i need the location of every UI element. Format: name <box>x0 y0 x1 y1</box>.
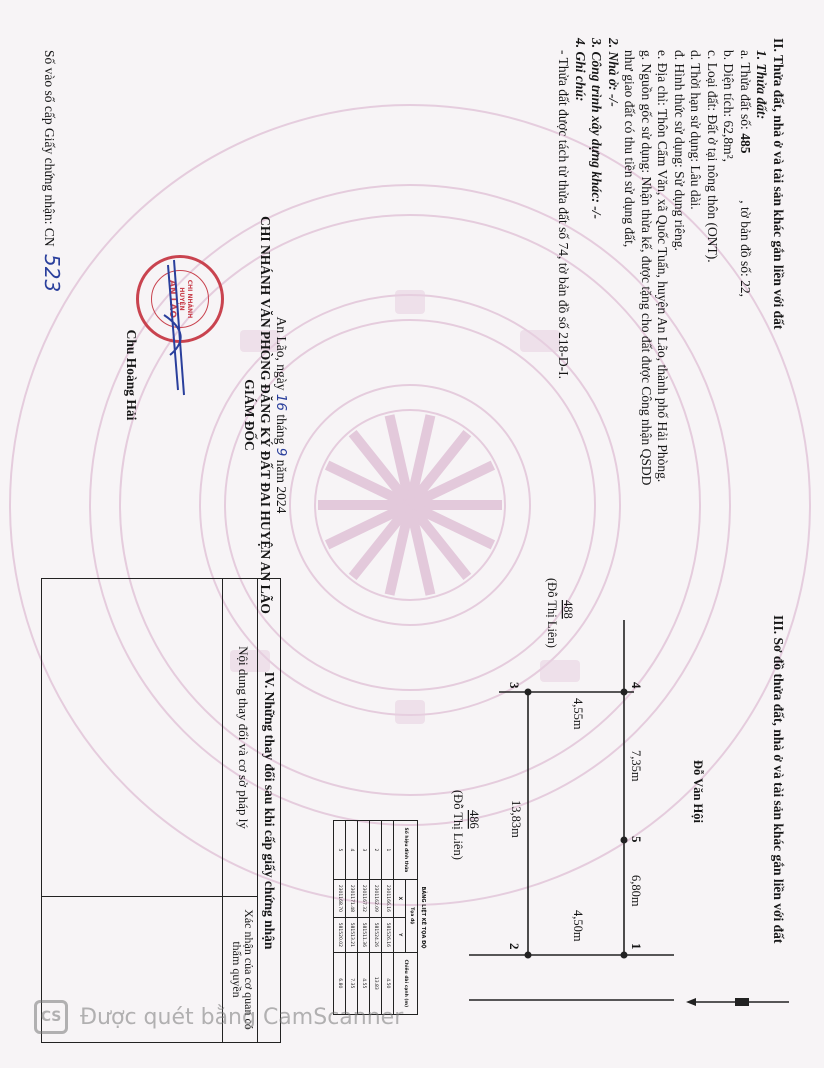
svg-text:(Đỗ Thị Liên): (Đỗ Thị Liên) <box>545 578 559 648</box>
svg-text:Ngõ xóm (bê tông) Rlb: 2,80m -: Ngõ xóm (bê tông) Rlb: 2,80m - 3,20m <box>556 1039 753 1040</box>
section4-title: IV. Những thay đổi sau khi cấp giấy chứn… <box>257 579 280 1042</box>
svg-text:7,35m: 7,35m <box>629 750 643 782</box>
address: e. Địa chỉ: Thôn Cẩm Văn, xã Quốc Tuấn, … <box>654 38 671 485</box>
parcel-subtitle: 1. Thửa đất: <box>753 38 770 485</box>
coordinate-table: BẢNG LIỆT KÊ TỌA ĐỘ Số hiệu đỉnh thửa Tọ… <box>333 820 426 1015</box>
notes: - Thửa đất được tách từ thửa đất số 74, … <box>555 38 572 485</box>
camscanner-logo-icon: CS <box>34 1000 68 1034</box>
area: b. Diện tích: 62,8m², <box>720 38 737 485</box>
certificate-page: II. Thửa đất, nhà ở và tài sản khác gắn … <box>0 0 824 1068</box>
svg-text:4: 4 <box>629 682 644 689</box>
origin-continued: như giao đất có thu tiền sử dụng đất, <box>621 38 638 485</box>
svg-text:2: 2 <box>507 943 522 950</box>
origin: g. Nguồn gốc sử dụng: Nhận thừa kế, được… <box>638 38 655 485</box>
svg-text:6,80m: 6,80m <box>629 875 643 907</box>
date-day: 16 <box>273 394 289 411</box>
registry-number-value: 523 <box>40 254 64 292</box>
map-sheet: , tờ bản đồ số: 22, <box>738 200 753 297</box>
coordinate-row: 52301168.70581520.026.80 <box>334 821 346 1015</box>
coordinate-row: 22301162.09581524.2613.83 <box>370 821 382 1015</box>
svg-text:4,50m: 4,50m <box>571 910 585 942</box>
land-type: c. Loại đất: Đất ở tại nông thôn (ONT). <box>704 38 721 485</box>
registry-number: Số vào sổ cấp Giấy chứng nhận: CN 523 <box>40 50 64 292</box>
date-line: An Lão, ngày 16 tháng 9 năm 2024 <box>273 215 289 615</box>
svg-text:5: 5 <box>629 836 644 843</box>
svg-text:(Đỗ Thị Liên): (Đỗ Thị Liên) <box>451 790 465 860</box>
coordinate-row: 42301171.48581513.217.35 <box>346 821 358 1015</box>
signature-scribble <box>154 255 214 405</box>
changes-column-header: Nội dung thay đổi và cơ sở pháp lý <box>223 579 257 897</box>
coordinate-table-caption: BẢNG LIỆT KÊ TỌA ĐỘ <box>420 820 426 1015</box>
coordinate-row: 12301166.16581526.164.50 <box>382 821 394 1015</box>
changes-table: IV. Những thay đổi sau khi cấp giấy chứn… <box>41 578 281 1043</box>
signer-role: GIÁM ĐỐC <box>241 215 257 615</box>
svg-text:488: 488 <box>561 600 575 619</box>
north-arrow-icon <box>684 995 794 1009</box>
use-term: d. Thời hạn sử dụng: Lâu dài. <box>687 38 704 485</box>
parcel-number-label: a. Thửa đất số: <box>738 50 753 130</box>
parcel-number: 485 <box>738 133 753 153</box>
svg-text:13,83m: 13,83m <box>509 800 523 838</box>
section3-title: III. Sơ đồ thửa đất, nhà ở và tài sản kh… <box>770 615 786 943</box>
issuing-office: CHI NHÁNH VĂN PHÒNG ĐĂNG KÝ ĐẤT ĐAI HUYỆ… <box>257 215 273 615</box>
use-form: đ. Hình thức sử dụng: Sử dụng riêng. <box>671 38 688 485</box>
scanner-watermark: CS Được quét bằng CamScanner <box>34 1000 403 1034</box>
changes-cell <box>42 579 222 897</box>
svg-text:3: 3 <box>507 682 522 689</box>
section-land-info: II. Thửa đất, nhà ở và tài sản khác gắn … <box>555 38 786 485</box>
svg-text:4,55m: 4,55m <box>571 698 585 730</box>
notes-title: 4. Ghi chú: <box>572 38 589 485</box>
signature-block: An Lão, ngày 16 tháng 9 năm 2024 CHI NHÁ… <box>241 215 289 615</box>
parcel-number-line: a. Thửa đất số: 485 , tờ bản đồ số: 22, <box>737 38 754 485</box>
other-works: 3. Công trình xây dựng khác: -/- <box>588 38 605 485</box>
watermark-text: Được quét bằng CamScanner <box>80 1005 403 1030</box>
svg-text:1: 1 <box>629 943 644 950</box>
coordinate-row: 32301167.32581511.364.55 <box>358 821 370 1015</box>
svg-text:Đỗ Văn Hội: Đỗ Văn Hội <box>691 760 705 824</box>
signer-name: Chu Hoàng Hải <box>123 215 139 535</box>
house: 2. Nhà ở: -/- <box>605 38 622 485</box>
svg-text:486: 486 <box>467 810 481 829</box>
section2-title: II. Thửa đất, nhà ở và tài sản khác gắn … <box>770 38 787 485</box>
date-month: 9 <box>273 448 289 457</box>
